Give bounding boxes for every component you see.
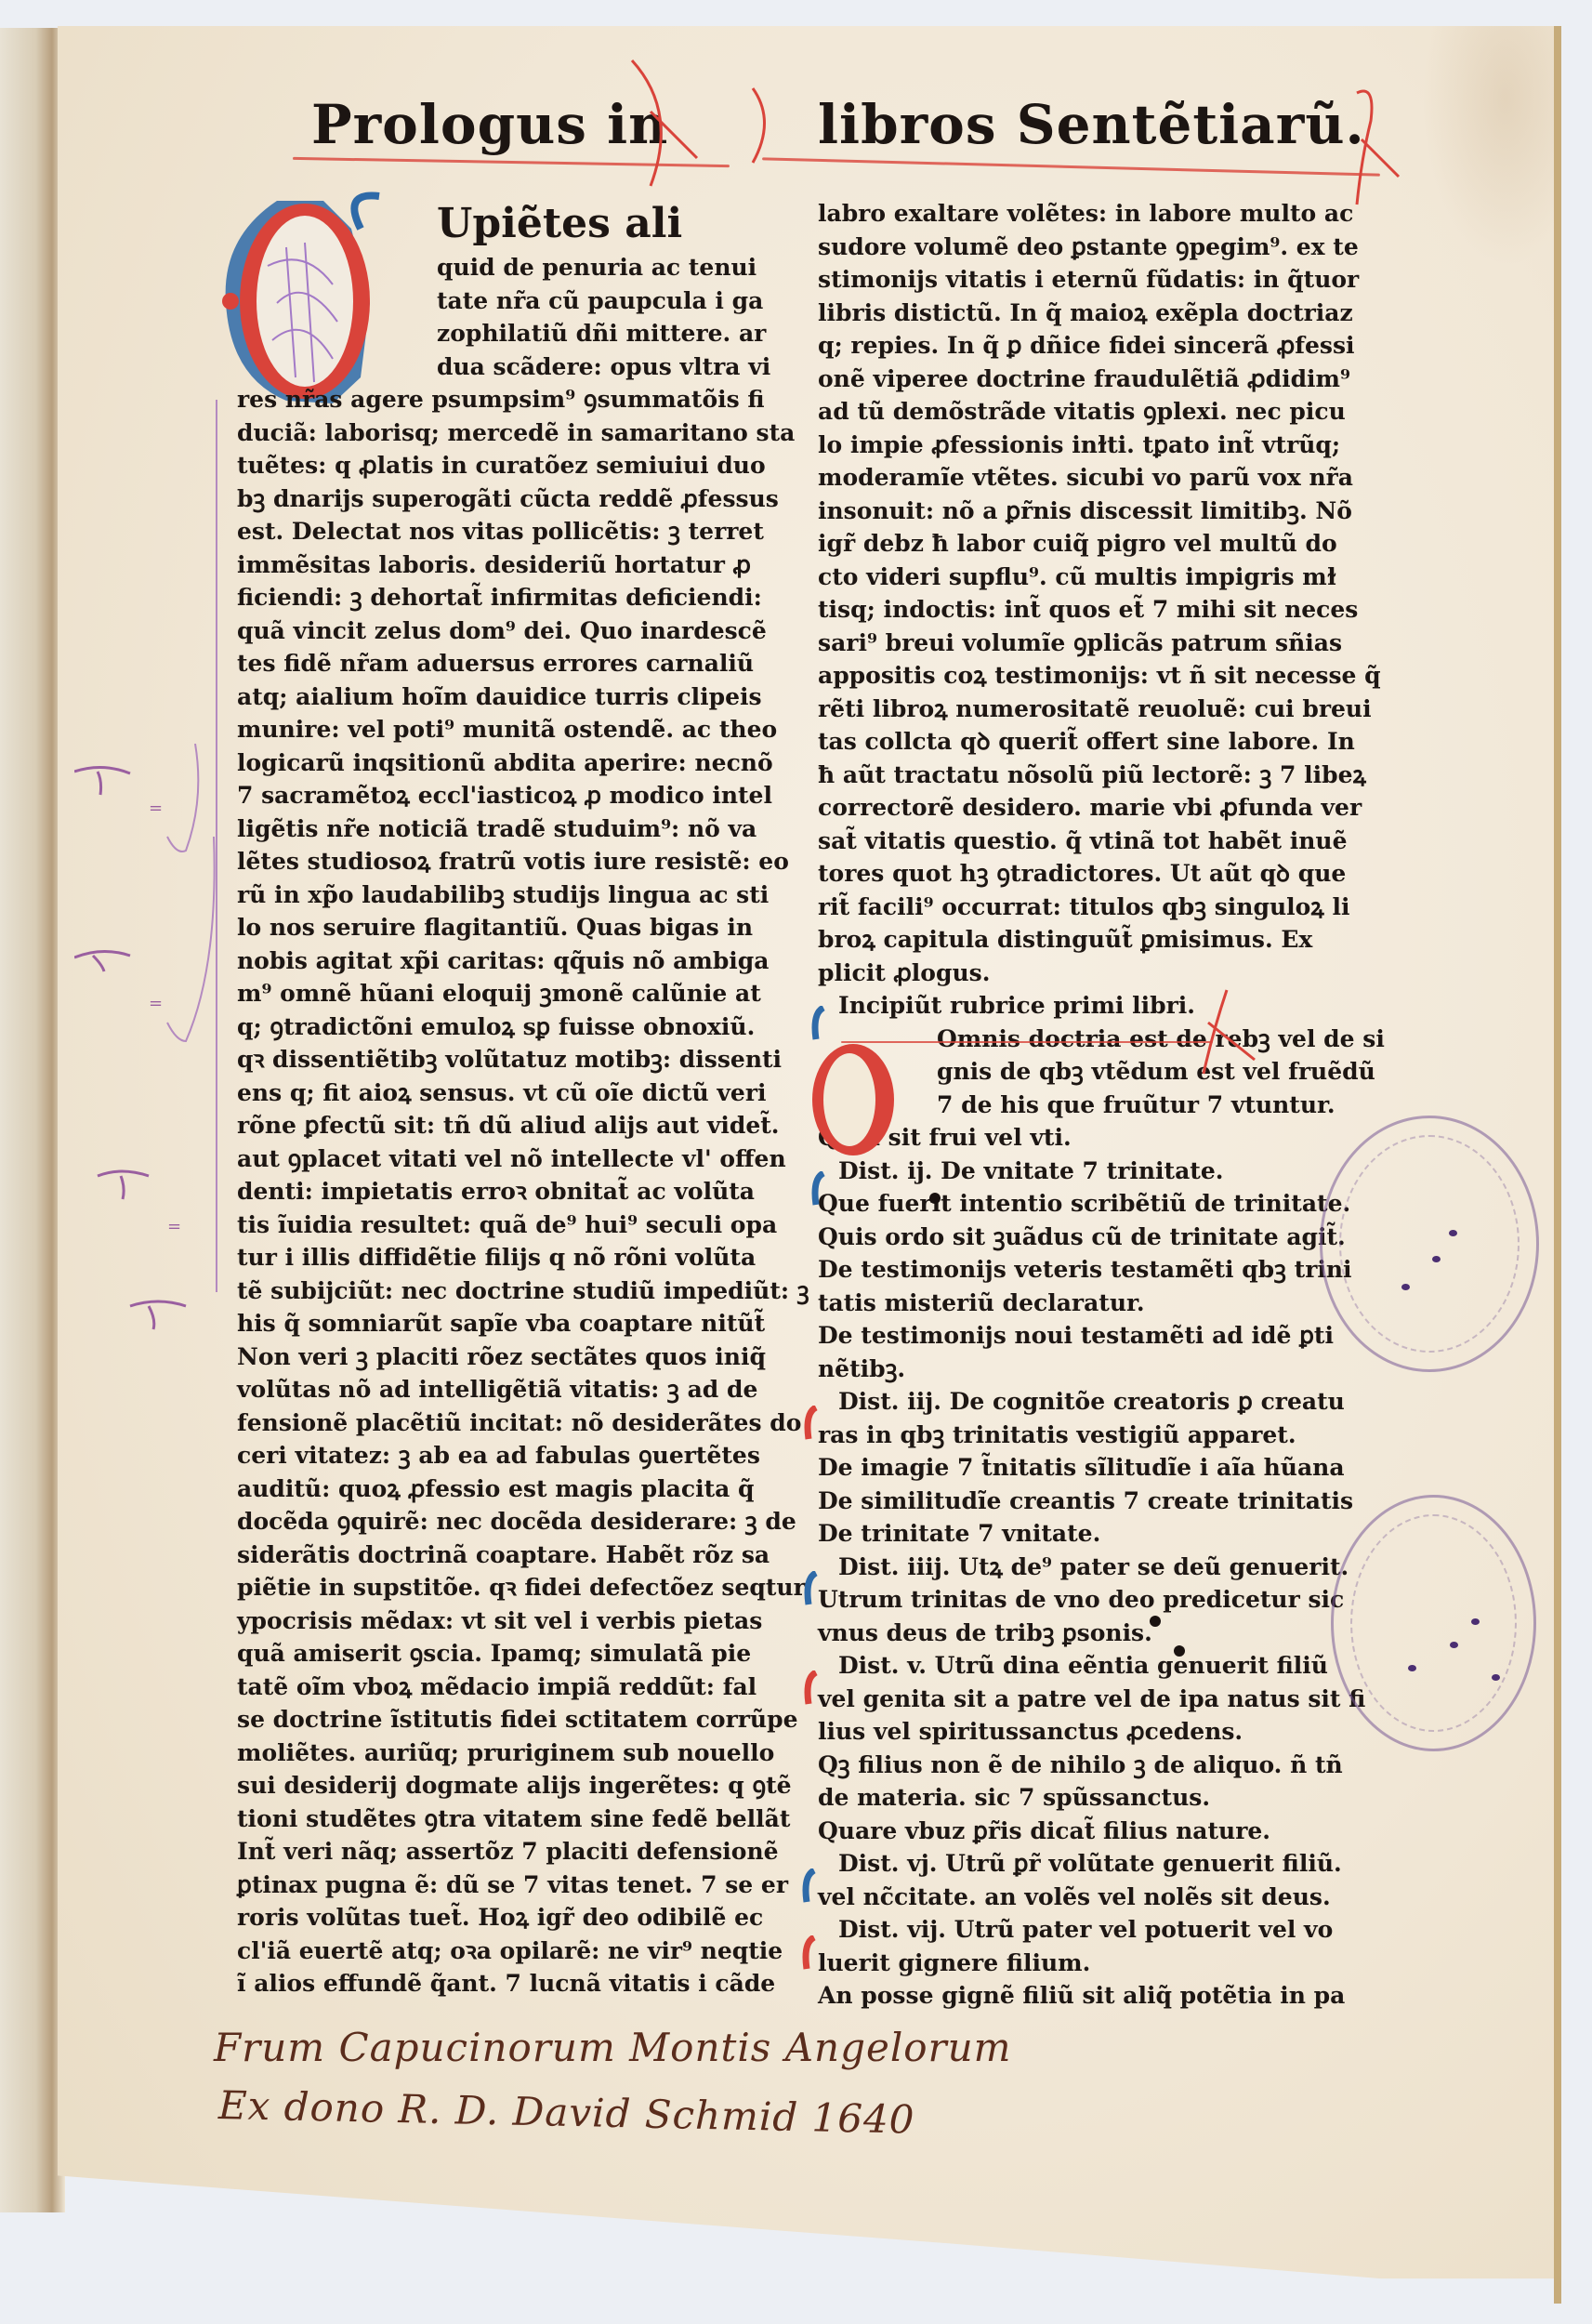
wormhole bbox=[929, 1193, 941, 1204]
rubric-flourish-icon bbox=[743, 84, 781, 167]
rubric-flourish-icon bbox=[595, 56, 706, 195]
text-line: Utrum trinitas de vno deo predicetur sic bbox=[818, 1583, 1385, 1617]
heading-right: libros Sentẽtiarũ. bbox=[818, 93, 1365, 156]
book-spine-edge bbox=[0, 28, 65, 2212]
text-line: his q̃ somniarũt sapĩe vba coaptare nitũ… bbox=[237, 1307, 809, 1340]
text-line: q; ꝯtradictõni emuloꝝ sꝑ fuisse obnoxiũ. bbox=[237, 1010, 809, 1044]
text-line: lo nos seruire flagitantiũ. Quas bigas i… bbox=[237, 911, 809, 944]
text-line: De imagie 7 t̃nitatis sĩlitudĩe i aĩa hũ… bbox=[818, 1451, 1385, 1485]
text-line: denti: impietatis erroꝛ obnitat̃ ac volũ… bbox=[237, 1175, 809, 1208]
chapter-line: Dist. vij. Utrũ pater vel potuerit vel v… bbox=[818, 1913, 1385, 1947]
text-line: m⁹ omnẽ hũani eloquij ꝫmonẽ calũnie at bbox=[237, 977, 809, 1010]
paragraph-mark-icon bbox=[803, 1406, 823, 1441]
svg-text:=: = bbox=[149, 994, 163, 1013]
chapter-line: Dist. iiij. Utꝝ de⁹ pater se deũ genueri… bbox=[818, 1551, 1385, 1584]
text-line: tores quot hꝫ ꝯtradictores. Ut aũt qꝺ qu… bbox=[818, 857, 1385, 891]
wormhole bbox=[1174, 1645, 1185, 1657]
text-line: sudore volumẽ deo ꝑstante ꝯpegim⁹. ex te bbox=[818, 231, 1385, 264]
rubric-heading: Incipiũt rubrice primi libri. bbox=[818, 989, 1385, 1023]
red-initial-o-icon bbox=[807, 1039, 907, 1160]
text-line: siderãtis doctrinã coaptare. Habẽt rõz s… bbox=[237, 1538, 809, 1572]
rubric-flourish-icon bbox=[1320, 84, 1403, 214]
text-line: atq; aialium hoĩm dauidice turris clipei… bbox=[237, 680, 809, 714]
text-line: auditũ: quoꝝ ꝓfessio est magis placita q… bbox=[237, 1472, 809, 1506]
text-line: ceri vitatez: ꝫ ab ea ad fabulas ꝯuertẽt… bbox=[237, 1439, 809, 1472]
rubric-underline bbox=[841, 1041, 1213, 1043]
text-line: tas collcta qꝺ querit̃ offert sine labor… bbox=[818, 725, 1385, 759]
text-line: lius vel spiritussanctus ꝓcedens. bbox=[818, 1715, 1385, 1749]
paragraph-mark-icon bbox=[810, 1171, 831, 1207]
stamp-ink-dot bbox=[1449, 1230, 1457, 1236]
text-line: Que fuerit intentio scribẽtiũ de trinita… bbox=[818, 1187, 1385, 1221]
text-line: duciã: laborisq; mercedẽ in samaritano s… bbox=[237, 416, 809, 450]
stamp-ink-dot bbox=[1408, 1665, 1416, 1671]
svg-text:=: = bbox=[149, 799, 163, 818]
text-line: zophilatiũ dñi mittere. ar bbox=[237, 317, 809, 350]
text-line: vnus deus de tribꝫ ꝑsonis. bbox=[818, 1617, 1385, 1650]
text-line: lẽtes studiosoꝝ fratrũ votis iure resist… bbox=[237, 845, 809, 878]
text-line: dua scãdere: opus vltra vi bbox=[237, 350, 809, 384]
water-stain bbox=[1422, 26, 1561, 268]
stamp-ring bbox=[1350, 1514, 1517, 1732]
text-line: plicit ꝓlogus. bbox=[818, 957, 1385, 990]
text-line: ĩ alios effundẽ q̃ant. 7 lucnã vitatis i… bbox=[237, 1967, 809, 2000]
text-line: quã amiserit ꝯscia. Ipamq; simulatã pie bbox=[237, 1637, 809, 1670]
text-line: munire: vel poti⁹ munitã ostendẽ. ac the… bbox=[237, 713, 809, 746]
text-line: ħ aũt tractatu nõsolũ piũ lectorẽ: ꝫ 7 l… bbox=[818, 759, 1385, 792]
stamp-ring bbox=[1339, 1135, 1520, 1353]
chapter-line: Dist. v. Utrũ dina eẽntia genuerit filiũ bbox=[818, 1649, 1385, 1683]
text-line: bꝫ dnarijs superogãti cũcta reddẽ ꝓfessu… bbox=[237, 482, 809, 516]
text-line: est. Delectat nos vitas pollicẽtis: ꝫ te… bbox=[237, 515, 809, 548]
text-line: broꝝ capitula distinguũt̃ ꝑmisimus. Ex bbox=[818, 923, 1385, 957]
text-line: qꝛ dissentiẽtibꝫ volũtatuz motibꝫ: disse… bbox=[237, 1043, 809, 1076]
stamp-ink-dot bbox=[1450, 1642, 1458, 1648]
text-line: libris distictũ. In q̃ maioꝝ exẽpla doct… bbox=[818, 297, 1385, 330]
text-line: correctorẽ desidero. marie vbi ꝓfunda ve… bbox=[818, 791, 1385, 825]
text-line: tes fidẽ nr̃am aduersus errores carnaliũ bbox=[237, 647, 809, 680]
text-line: De similitudĩe creantis 7 create trinita… bbox=[818, 1485, 1385, 1518]
text-line: cl'iã euertẽ atq; oꝛa opilarẽ: ne vir⁹ n… bbox=[237, 1934, 809, 1968]
text-line: tioni studẽtes ꝯtra vitatem sine fedẽ be… bbox=[237, 1802, 809, 1836]
text-line: Qꝫ filius non ẽ de nihilo ꝫ de aliquo. ñ… bbox=[818, 1749, 1385, 1782]
paragraph-mark-icon bbox=[801, 1935, 822, 1971]
text-line: res nr̃as agere psumpsim⁹ ꝯsummatõis fi bbox=[237, 383, 809, 416]
text-line: rit̃ facili⁹ occurrat: titulos qbꝫ singu… bbox=[818, 891, 1385, 924]
text-line: vel nc̃citate. an volẽs vel nolẽs sit de… bbox=[818, 1881, 1385, 1914]
text-line: rẽti libroꝝ numerositatẽ reuoluẽ: cui br… bbox=[818, 693, 1385, 726]
text-line: piẽtie in supstitõe. qꝛ fidei defectõez … bbox=[237, 1571, 809, 1604]
text-line: immẽsitas laboris. desideriũ hortatur ꝓ bbox=[237, 548, 809, 582]
text-line: sui desiderij dogmate alijs ingerẽtes: q… bbox=[237, 1769, 809, 1802]
paragraph-mark-icon bbox=[810, 1006, 831, 1041]
library-stamp-lower bbox=[1331, 1495, 1536, 1751]
text-line: q; repies. In q̃ ꝑ dñice fidei sincerã ꝓ… bbox=[818, 329, 1385, 363]
text-line: De testimonijs noui testamẽti ad idẽ ꝑti bbox=[818, 1319, 1385, 1353]
text-line: 7 sacramẽtoꝝ eccl'iasticoꝝ ꝓ modico inte… bbox=[237, 779, 809, 812]
text-line: ꝑtinax pugna ẽ: dũ se 7 vitas tenet. 7 s… bbox=[237, 1868, 809, 1902]
text-line: tẽ subijciũt: nec doctrine studiũ impedi… bbox=[237, 1274, 809, 1308]
text-line: volũtas nõ ad intelligẽtiã vitatis: ꝫ ad… bbox=[237, 1373, 809, 1406]
stamp-ink-dot bbox=[1471, 1618, 1480, 1625]
text-line: ad tũ demõstrãde vitatis ꝯplexi. nec pic… bbox=[818, 395, 1385, 429]
text-line: rõne ꝑfectũ sit: tñ dũ aliud alijs aut v… bbox=[237, 1109, 809, 1142]
page-fore-edge bbox=[1554, 26, 1561, 2304]
text-line: De trinitate 7 vnitate. bbox=[818, 1517, 1385, 1551]
rubric-flourish-icon bbox=[1190, 985, 1264, 1078]
text-line: Int̃ veri nãq; assertõz 7 placiti defens… bbox=[237, 1835, 809, 1868]
text-line: sat̃ vitatis questio. q̃ vtinã tot habẽt… bbox=[818, 825, 1385, 858]
text-line: nobis agitat xp̃i caritas: qq̃uis nõ amb… bbox=[237, 944, 809, 978]
text-line: ligẽtis nr̃e noticiã tradẽ studuim⁹: nõ … bbox=[237, 812, 809, 846]
stamp-ink-dot bbox=[1432, 1256, 1441, 1262]
text-line: se doctrine ĩstitutis fidei sctitatem co… bbox=[237, 1703, 809, 1736]
text-line: moderamĩe vtẽtes. sicubi vo parũ vox nr̃… bbox=[818, 461, 1385, 495]
chapter-line: Dist. vj. Utrũ ꝑr̃ volũtate genuerit fil… bbox=[818, 1847, 1385, 1881]
text-line: De testimonijs veteris testamẽti qbꝫ tri… bbox=[818, 1253, 1385, 1287]
opening-line: Upiẽtes ali bbox=[237, 197, 809, 251]
library-stamp-upper bbox=[1320, 1116, 1539, 1372]
text-line: docẽda ꝯquirẽ: nec docẽda desiderare: ꝫ … bbox=[237, 1505, 809, 1538]
text-line: roris volũtas tuet̃. Hoꝝ igr̃ deo odibil… bbox=[237, 1901, 809, 1934]
marginal-marks-icon: = = = bbox=[74, 744, 223, 1627]
text-line: appositis coꝝ testimonijs: vt ñ sit nece… bbox=[818, 659, 1385, 693]
text-line: tuẽtes: q ꝓlatis in curatõez semiuiui du… bbox=[237, 449, 809, 482]
text-line: labro exaltare volẽtes: in labore multo … bbox=[818, 197, 1385, 231]
text-line: aut ꝯplacet vitati vel nõ intellecte vl'… bbox=[237, 1142, 809, 1176]
chapter-line: Dist. iij. De cognitõe creatoris ꝑ creat… bbox=[818, 1385, 1385, 1419]
paragraph-mark-icon bbox=[803, 1670, 823, 1706]
text-line: igr̃ debz ħ labor cuiq̃ pigro vel multũ … bbox=[818, 527, 1385, 561]
text-line: sari⁹ breui volumĩe ꝯplicãs patrum sñias bbox=[818, 627, 1385, 660]
left-column-text: Upiẽtes ali quid de penuria ac tenui tat… bbox=[237, 197, 809, 2000]
wormhole bbox=[1150, 1616, 1161, 1627]
text-line: onẽ viperee doctrine fraudulẽtiã ꝓdidim⁹ bbox=[818, 363, 1385, 396]
text-line: lo impie ꝓfessionis inɫti. tꝑato int̃ vt… bbox=[818, 429, 1385, 462]
text-line: An posse gignẽ filiũ sit aliq̃ potẽtia i… bbox=[818, 1979, 1385, 2013]
stamp-ink-dot bbox=[1492, 1674, 1500, 1681]
text-line: logicarũ inqsitionũ abdita aperire: necn… bbox=[237, 746, 809, 780]
text-line: ficiendi: ꝫ dehortat̃ infirmitas deficie… bbox=[237, 581, 809, 614]
text-line: rũ in xp̃o laudabilibꝫ studijs lingua ac… bbox=[237, 878, 809, 912]
text-line: stimonijs vitatis i eternũ fũdatis: in q… bbox=[818, 263, 1385, 297]
paragraph-mark-icon bbox=[801, 1868, 822, 1904]
text-line: ras in qbꝫ trinitatis vestigiũ apparet. bbox=[818, 1419, 1385, 1452]
text-line: ypocrisis mẽdax: vt sit vel i verbis pie… bbox=[237, 1604, 809, 1638]
text-line: tatis misteriũ declaratur. bbox=[818, 1287, 1385, 1320]
text-line: cto videri supflu⁹. cũ multis impigris m… bbox=[818, 561, 1385, 594]
text-line: vel genita sit a patre vel de ipa natus … bbox=[818, 1683, 1385, 1716]
text-line: tate nr̃a cũ paupcula i ga bbox=[237, 284, 809, 318]
text-line: tis ĩuidia resultet: quã de⁹ hui⁹ seculi… bbox=[237, 1208, 809, 1242]
svg-text:=: = bbox=[167, 1217, 181, 1236]
text-line: Quare vbuz ꝑr̃is dicat̃ filius nature. bbox=[818, 1815, 1385, 1848]
text-line: luerit gignere filium. bbox=[818, 1947, 1385, 1980]
scanned-page: Prologus in libros Sentẽtiarũ. Upiẽtes a… bbox=[0, 0, 1592, 2324]
text-line: Quis ordo sit ꝫuãdus cũ de trinitate agi… bbox=[818, 1221, 1385, 1254]
text-line: Non veri ꝫ placiti rõez sectãtes quos in… bbox=[237, 1340, 809, 1374]
text-line: nẽtibꝫ. bbox=[818, 1353, 1385, 1386]
paragraph-mark-icon bbox=[803, 1571, 823, 1606]
provenance-inscription-line1: Frum Capucinorum Montis Angelorum bbox=[214, 2025, 1012, 2070]
text-line: tur i illis diffidẽtie filijs q nõ rõni … bbox=[237, 1241, 809, 1274]
text-line: de materia. sic 7 spũssanctus. bbox=[818, 1781, 1385, 1815]
text-line: quid de penuria ac tenui bbox=[237, 251, 809, 284]
text-line: tatẽ oĩm vboꝝ mẽdacio impiã reddũt: fal bbox=[237, 1670, 809, 1704]
text-line: insonuit: nõ a ꝑr̃nis discessit limitibꝫ… bbox=[818, 495, 1385, 528]
text-line: tisq; indoctis: int̃ quos et̃ 7 mihi sit… bbox=[818, 593, 1385, 627]
text-line: moliẽtes. auriũq; pruriginem sub nouello bbox=[237, 1736, 809, 1770]
text-line: quã vincit zelus dom⁹ dei. Quo inardescẽ bbox=[237, 614, 809, 648]
text-line: fensionẽ placẽtiũ incitat: nõ desiderãte… bbox=[237, 1406, 809, 1440]
text-line: ens q; fit aioꝝ sensus. vt cũ oĩe dictũ … bbox=[237, 1076, 809, 1110]
stamp-ink-dot bbox=[1401, 1284, 1410, 1290]
